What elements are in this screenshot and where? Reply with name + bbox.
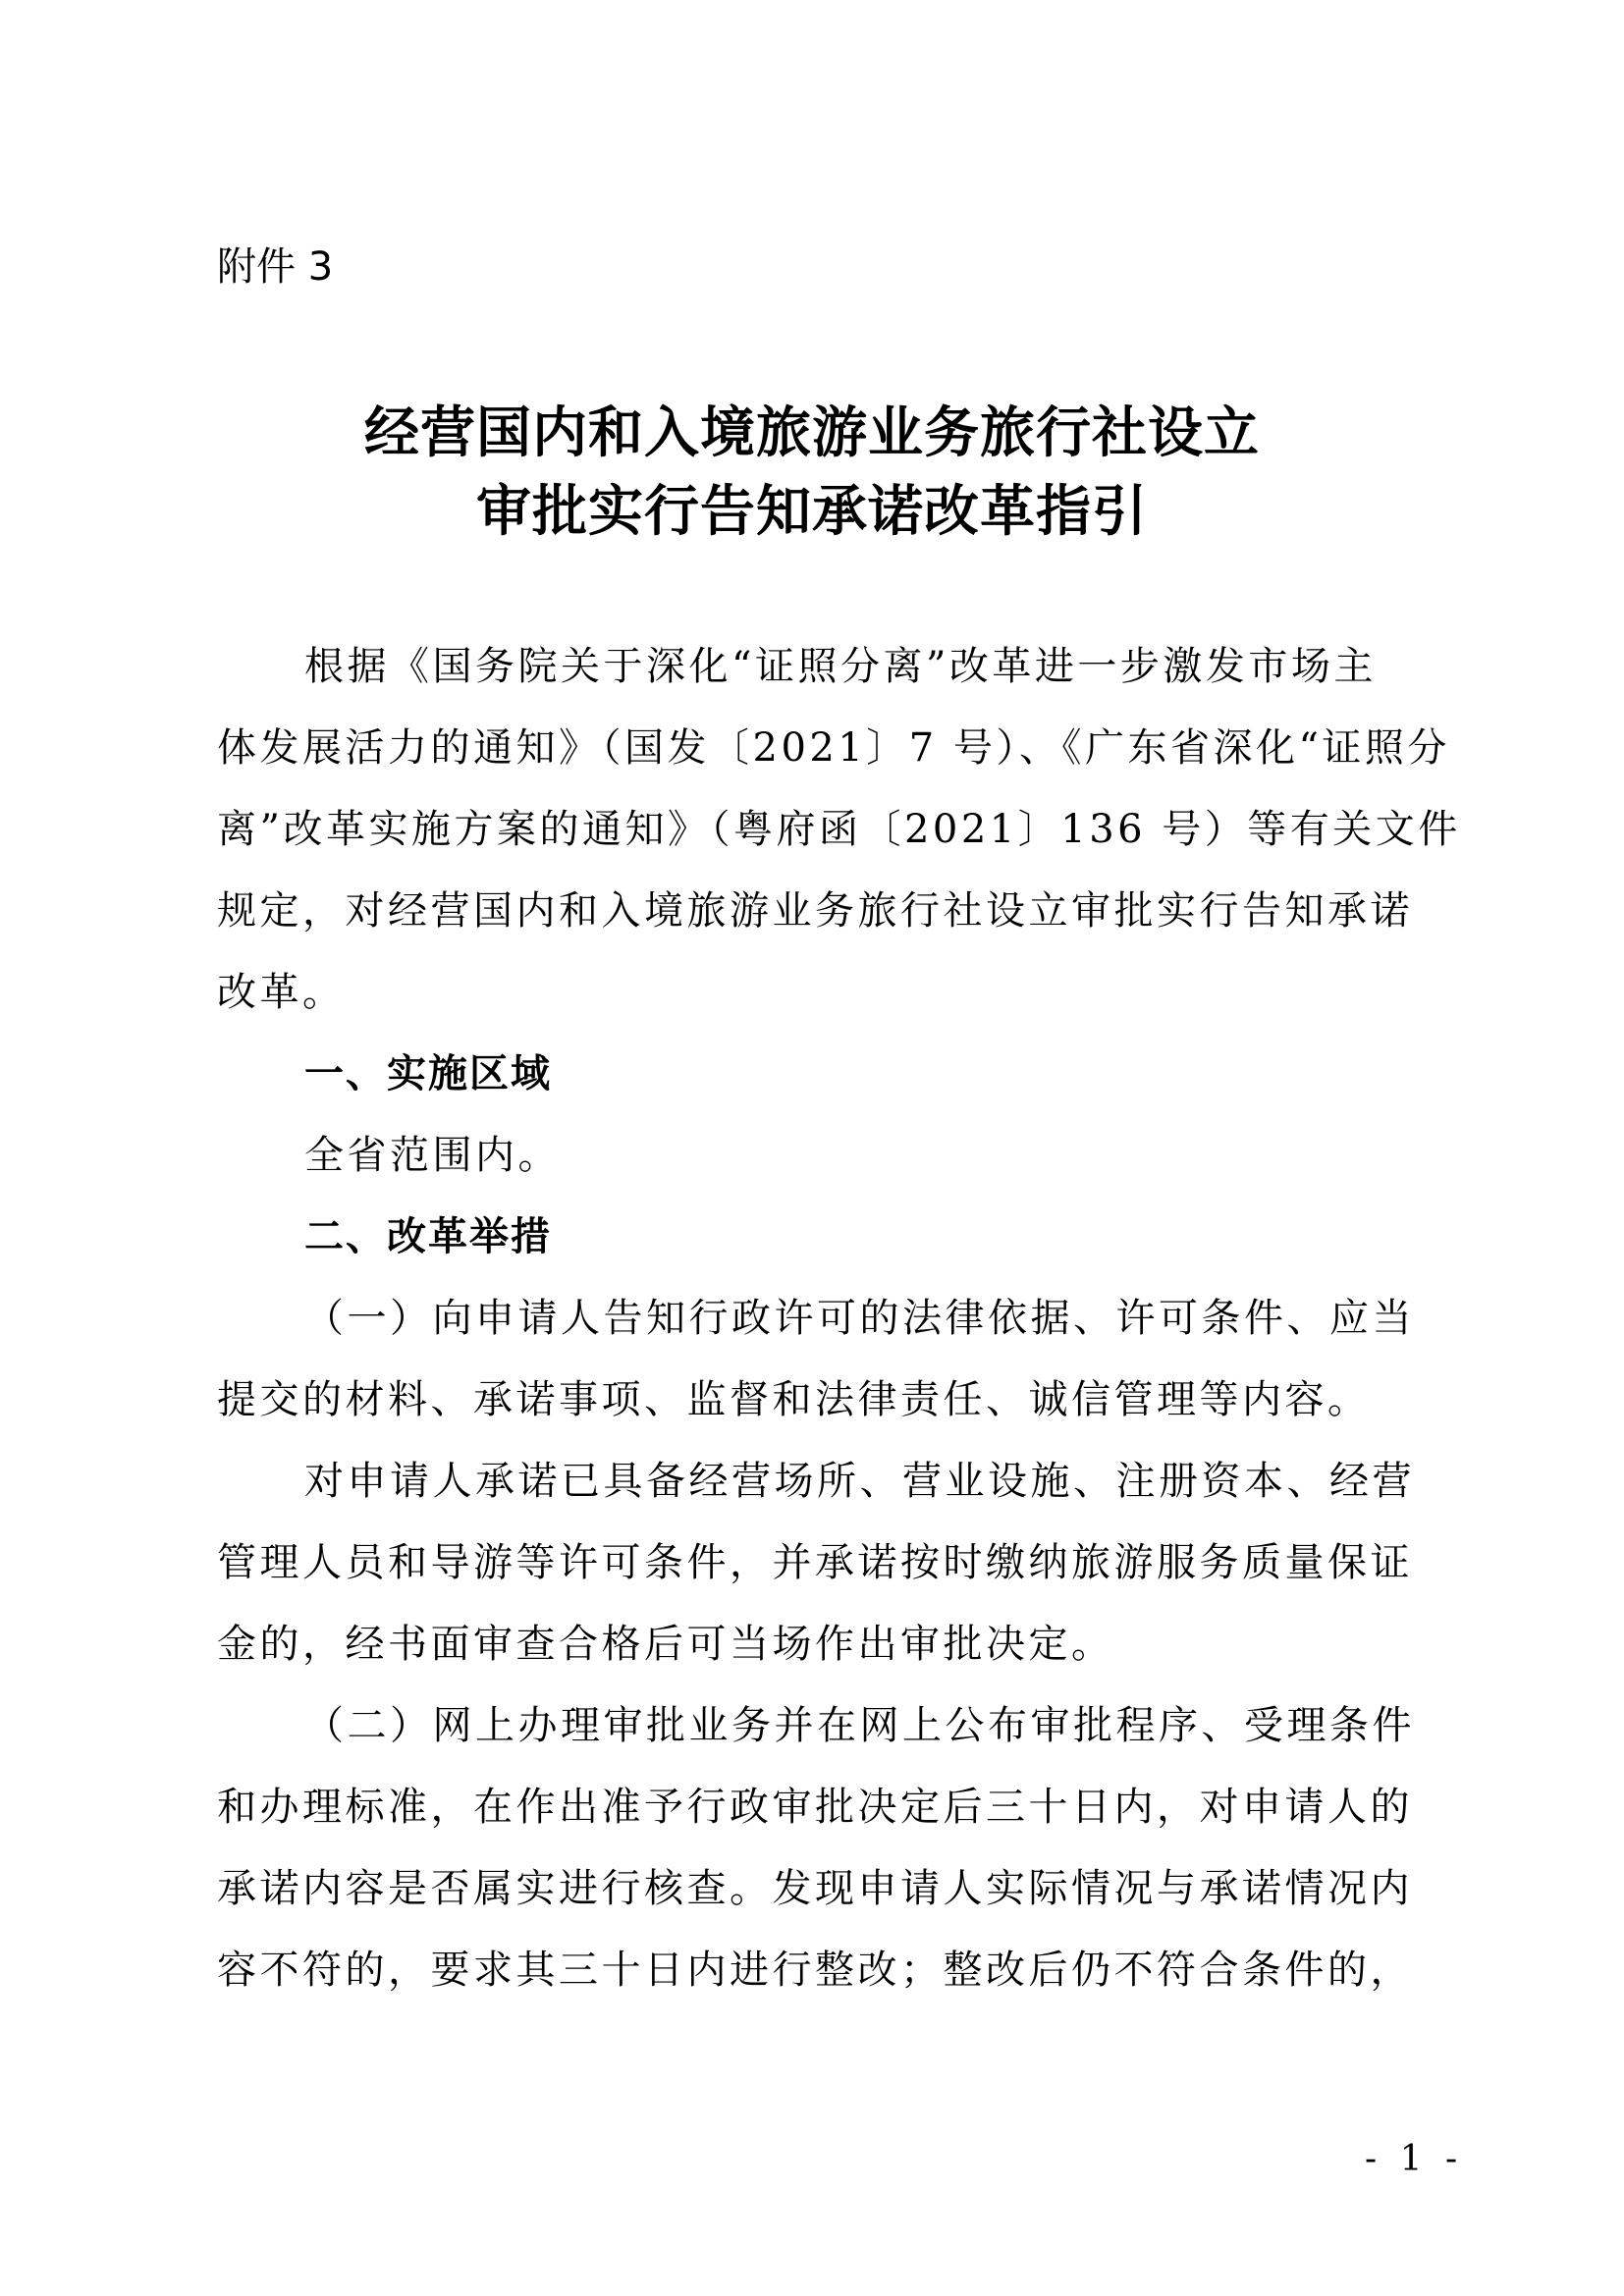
attachment-label: 附件 3 <box>217 243 333 291</box>
section-heading-1: 一、实施区域 <box>304 1050 552 1097</box>
intro-paragraph-line: 改革。 <box>217 969 1425 1016</box>
document-title-line-1: 经营国内和入境旅游业务旅行社设立 <box>0 402 1624 465</box>
item-2-line: 承诺内容是否属实进行核查。发现申请人实际情况与承诺情况内 <box>217 1865 1425 1912</box>
item-2-line: （二）网上办理审批业务并在网上公布审批程序、受理条件 <box>304 1702 1512 1749</box>
page-number: - 1 - <box>1365 2138 1463 2181</box>
item-1-line: 提交的材料、承诺事项、监督和法律责任、诚信管理等内容。 <box>217 1376 1425 1423</box>
item-2-line: 容不符的，要求其三十日内进行整改；整改后仍不符合条件的， <box>217 1947 1425 1994</box>
intro-paragraph-line: 体发展活力的通知》（国发〔2021〕7 号）、《广东省深化“证照分 <box>217 724 1425 772</box>
document-title-line-2: 审批实行告知承诺改革指引 <box>0 481 1624 544</box>
section-1-text: 全省范围内。 <box>304 1132 1512 1179</box>
item-1b-line: 金的，经书面审查合格后可当场作出审批决定。 <box>217 1621 1425 1668</box>
intro-paragraph-line: 离”改革实施方案的通知》（粤府函〔2021〕136 号）等有关文件 <box>217 806 1425 853</box>
intro-paragraph-line: 规定，对经营国内和入境旅游业务旅行社设立审批实行告知承诺 <box>217 887 1425 934</box>
item-2-line: 和办理标准，在作出准予行政审批决定后三十日内，对申请人的 <box>217 1784 1425 1831</box>
item-1b-line: 管理人员和导游等许可条件，并承诺按时缴纳旅游服务质量保证 <box>217 1539 1425 1586</box>
item-1b-line: 对申请人承诺已具备经营场所、营业设施、注册资本、经营 <box>304 1458 1512 1505</box>
document-page: 附件 3 经营国内和入境旅游业务旅行社设立 审批实行告知承诺改革指引 根据《国务… <box>0 0 1624 2296</box>
intro-paragraph-line: 根据《国务院关于深化“证照分离”改革进一步激发市场主 <box>304 643 1512 690</box>
item-1-line: （一）向申请人告知行政许可的法律依据、许可条件、应当 <box>304 1295 1512 1342</box>
section-heading-2: 二、改革举措 <box>304 1213 552 1260</box>
